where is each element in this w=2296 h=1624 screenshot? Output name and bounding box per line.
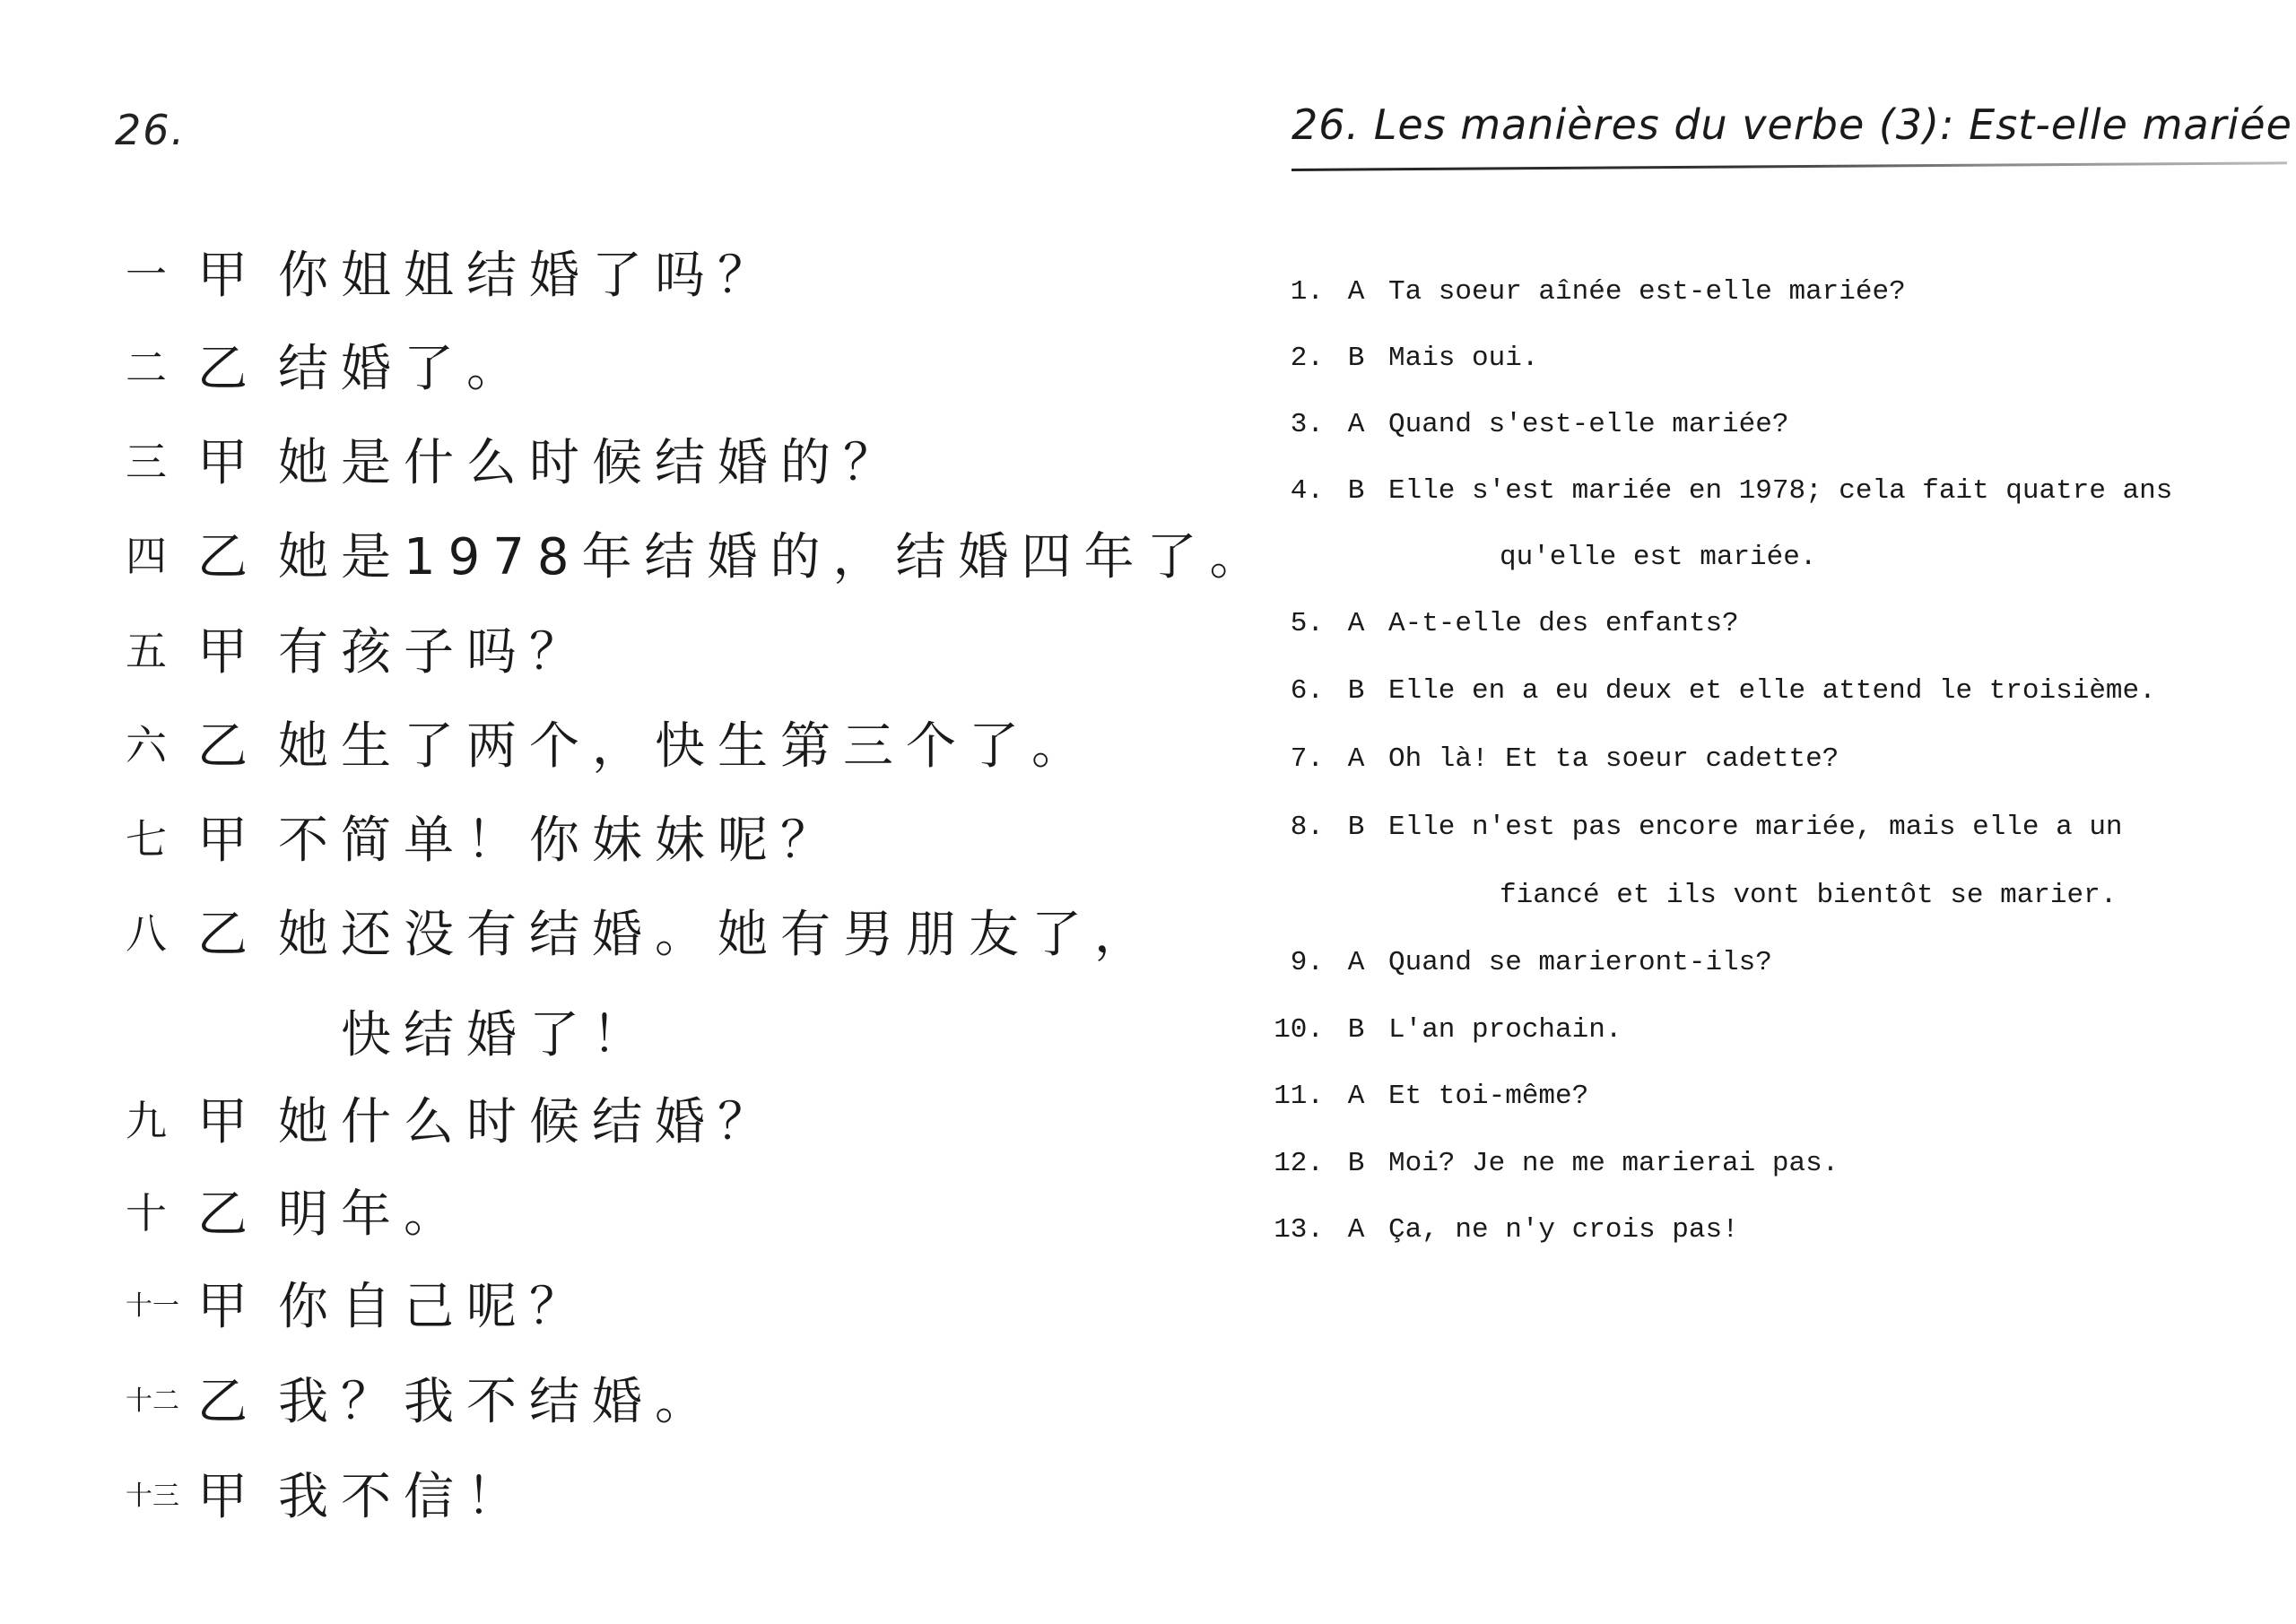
speaker: B xyxy=(1324,1148,1388,1179)
line-number: 7. xyxy=(1238,743,1324,775)
line-text: 你自己呢？ xyxy=(278,1267,592,1339)
line-text: 我不信！ xyxy=(278,1457,529,1529)
line-text: Quand se marieront-ils? xyxy=(1388,947,1772,978)
line-number: 五 xyxy=(126,619,197,678)
speaker: 乙 xyxy=(197,1362,278,1434)
line-text: Elle en a eu deux et elle attend le troi… xyxy=(1388,675,2156,707)
speaker: 甲 xyxy=(197,1457,278,1529)
speaker: 甲 xyxy=(197,612,278,684)
line-number: 1. xyxy=(1238,276,1324,308)
line-text: 她是1978年结婚的，结婚四年了。 xyxy=(278,517,1273,589)
line-number: 6. xyxy=(1238,675,1324,707)
dialogue-line-12: 12. B Moi? Je ne me marierai pas. xyxy=(1238,1148,1839,1179)
line-number: 3. xyxy=(1238,409,1324,440)
speaker: B xyxy=(1324,475,1388,507)
page-title: 26. Les manières du verbe (3): Est-elle … xyxy=(1291,100,2296,149)
speaker: B xyxy=(1324,343,1388,374)
line-number: 9. xyxy=(1238,947,1324,978)
speaker: A xyxy=(1324,743,1388,775)
dialogue-line-1: 一 甲 你姐姐结婚了吗？ xyxy=(126,231,780,312)
speaker: A xyxy=(1324,947,1388,978)
line-text: Mais oui. xyxy=(1388,343,1538,374)
line-text: 我？我不结婚。 xyxy=(278,1362,717,1434)
line-number: 十三 xyxy=(126,1473,197,1513)
line-text: Moi? Je ne me marierai pas. xyxy=(1388,1148,1839,1179)
dialogue-line-2: 2. B Mais oui. xyxy=(1238,343,1538,374)
line-number: 六 xyxy=(126,713,197,772)
dialogue-line-8: 8. B Elle n'est pas encore mariée, mais … xyxy=(1238,812,2123,843)
dialogue-line-13: 十三 甲 我不信！ xyxy=(126,1453,529,1533)
dialogue-line-4-continuation: qu'elle est mariée. xyxy=(1500,542,1816,573)
dialogue-line-11: 十一 甲 你自己呢？ xyxy=(126,1263,592,1343)
line-number: 十一 xyxy=(126,1283,197,1323)
line-text: Quand s'est-elle mariée? xyxy=(1388,409,1788,440)
dialogue-line-8: 八 乙 她还没有结婚。她有男朋友了， xyxy=(126,890,1157,971)
line-text: Elle n'est pas encore mariée, mais elle … xyxy=(1388,812,2123,843)
dialogue-line-5: 5. A A-t-elle des enfants? xyxy=(1238,608,1739,639)
line-number: 八 xyxy=(126,901,197,960)
line-number: 四 xyxy=(126,524,197,583)
dialogue-line-3: 3. A Quand s'est-elle mariée? xyxy=(1238,409,1788,440)
line-text: 有孩子吗？ xyxy=(278,612,592,684)
line-number: 11. xyxy=(1238,1081,1324,1112)
chinese-dialogue-page: 26. 一 甲 你姐姐结婚了吗？ 二 乙 结婚了。 三 甲 她是什么时候结婚的？… xyxy=(0,0,1220,1624)
line-text: 她还没有结婚。她有男朋友了， xyxy=(278,895,1157,967)
speaker: A xyxy=(1324,276,1388,308)
line-text: 明年。 xyxy=(278,1175,466,1246)
speaker: A xyxy=(1324,608,1388,639)
speaker: A xyxy=(1324,1214,1388,1246)
dialogue-line-2: 二 乙 结婚了。 xyxy=(126,325,529,405)
dialogue-line-4: 4. B Elle s'est mariée en 1978; cela fai… xyxy=(1238,475,2172,507)
line-text: 不简单！你妹妹呢？ xyxy=(278,801,843,873)
dialogue-line-8-continuation: 快结婚了！ xyxy=(341,995,655,1067)
dialogue-line-1: 1. A Ta soeur aînée est-elle mariée? xyxy=(1238,276,1906,308)
dialogue-line-8-continuation: fiancé et ils vont bientôt se marier. xyxy=(1500,880,2117,911)
speaker: 甲 xyxy=(197,1267,278,1339)
dialogue-line-9: 九 甲 她什么时候结婚？ xyxy=(126,1078,780,1159)
speaker: 乙 xyxy=(197,707,278,778)
line-text: Oh là! Et ta soeur cadette? xyxy=(1388,743,1839,775)
line-text: 她生了两个，快生第三个了。 xyxy=(278,707,1094,778)
speaker: 甲 xyxy=(197,1082,278,1154)
line-text: 她是什么时候结婚的？ xyxy=(278,423,906,495)
speaker: 乙 xyxy=(197,895,278,967)
speaker: 乙 xyxy=(197,517,278,589)
line-number: 九 xyxy=(126,1089,197,1148)
dialogue-line-11: 11. A Et toi-même? xyxy=(1238,1081,1588,1112)
line-text: Elle s'est mariée en 1978; cela fait qua… xyxy=(1388,475,2172,507)
line-number: 10. xyxy=(1238,1014,1324,1046)
line-number: 13. xyxy=(1238,1214,1324,1246)
dialogue-line-6: 六 乙 她生了两个，快生第三个了。 xyxy=(126,702,1094,783)
dialogue-line-6: 6. B Elle en a eu deux et elle attend le… xyxy=(1238,675,2156,707)
lesson-number: 26. xyxy=(115,106,186,154)
line-text: Et toi-même? xyxy=(1388,1081,1588,1112)
speaker: A xyxy=(1324,409,1388,440)
line-number: 12. xyxy=(1238,1148,1324,1179)
dialogue-line-10: 10. B L'an prochain. xyxy=(1238,1014,1622,1046)
line-number: 2. xyxy=(1238,343,1324,374)
line-number: 4. xyxy=(1238,475,1324,507)
line-number: 三 xyxy=(126,430,197,489)
dialogue-line-7: 七 甲 不简单！你妹妹呢？ xyxy=(126,796,843,877)
dialogue-line-3: 三 甲 她是什么时候结婚的？ xyxy=(126,419,906,499)
line-number: 十 xyxy=(126,1181,197,1240)
line-number: 十二 xyxy=(126,1378,197,1418)
speaker: B xyxy=(1324,675,1388,707)
line-text: A-t-elle des enfants? xyxy=(1388,608,1739,639)
line-text: 她什么时候结婚？ xyxy=(278,1082,780,1154)
line-text: 结婚了。 xyxy=(278,329,529,401)
dialogue-line-13: 13. A Ça, ne n'y crois pas! xyxy=(1238,1214,1739,1246)
speaker: B xyxy=(1324,812,1388,843)
title-underline xyxy=(1291,161,2287,171)
dialogue-line-12: 十二 乙 我？我不结婚。 xyxy=(126,1358,717,1438)
french-dialogue-page: 26. Les manières du verbe (3): Est-elle … xyxy=(1238,0,2296,1624)
speaker: 乙 xyxy=(197,1175,278,1246)
speaker: 甲 xyxy=(197,801,278,873)
line-number: 8. xyxy=(1238,812,1324,843)
speaker: A xyxy=(1324,1081,1388,1112)
dialogue-line-10: 十 乙 明年。 xyxy=(126,1170,466,1251)
dialogue-line-5: 五 甲 有孩子吗？ xyxy=(126,608,592,689)
speaker: 甲 xyxy=(197,423,278,495)
line-number: 5. xyxy=(1238,608,1324,639)
line-text: Ça, ne n'y crois pas! xyxy=(1388,1214,1739,1246)
line-text: L'an prochain. xyxy=(1388,1014,1622,1046)
line-number: 二 xyxy=(126,335,197,395)
speaker: 乙 xyxy=(197,329,278,401)
dialogue-line-9: 9. A Quand se marieront-ils? xyxy=(1238,947,1772,978)
line-number: 一 xyxy=(126,242,197,301)
dialogue-line-7: 7. A Oh là! Et ta soeur cadette? xyxy=(1238,743,1839,775)
speaker: B xyxy=(1324,1014,1388,1046)
speaker: 甲 xyxy=(197,236,278,308)
line-number: 七 xyxy=(126,807,197,866)
dialogue-line-4: 四 乙 她是1978年结婚的，结婚四年了。 xyxy=(126,513,1273,594)
line-text: Ta soeur aînée est-elle mariée? xyxy=(1388,276,1906,308)
line-text: 你姐姐结婚了吗？ xyxy=(278,236,780,308)
